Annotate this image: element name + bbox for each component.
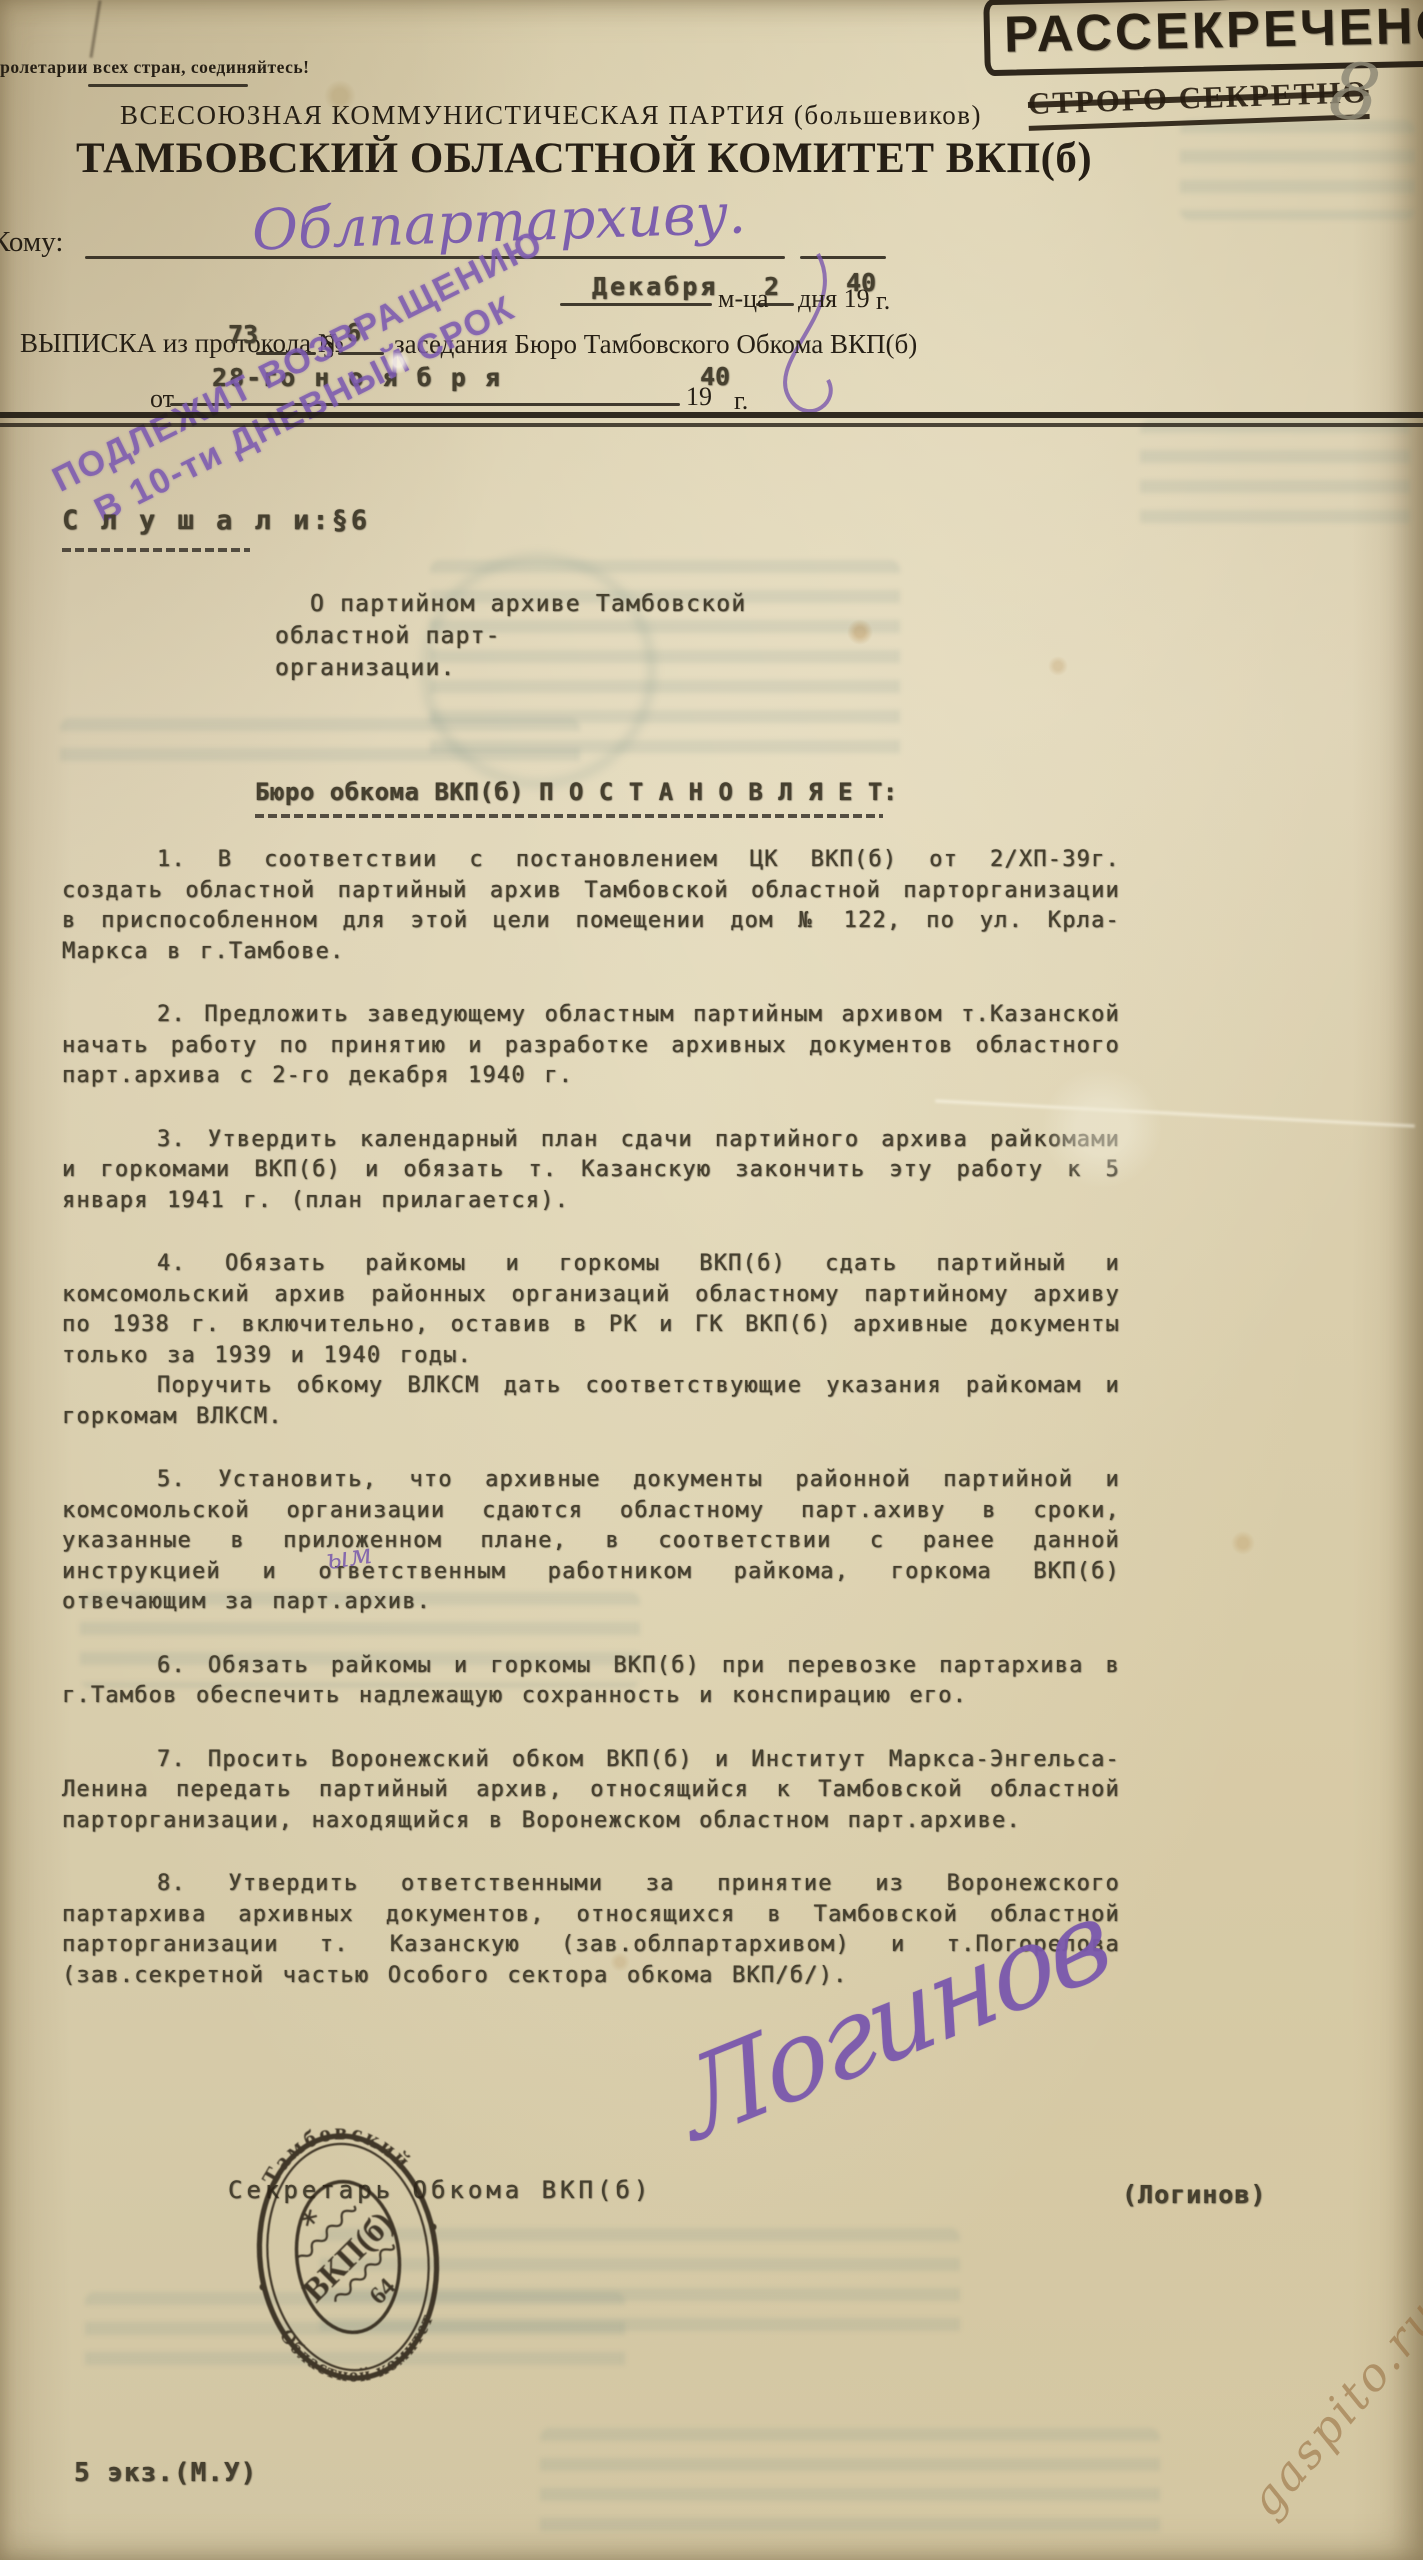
resolution-item-1: 1. В соответствии с постановлением ЦК ВК… — [62, 845, 1120, 967]
party-name: ВСЕСОЮЗНАЯ КОММУНИСТИЧЕСКАЯ ПАРТИЯ (боль… — [120, 100, 982, 131]
proletarians-slogan: Пролетарии всех стран, соединяйтесь! — [0, 57, 309, 78]
heard-underline — [62, 548, 250, 552]
bleed-through — [1140, 420, 1410, 530]
ot-year-typed: 40 — [700, 362, 730, 391]
date-day-typed: 2 — [764, 272, 779, 301]
round-seal-graphic: Тамбовский Областной комитет ВКП(б) 64 — [198, 2083, 499, 2431]
bleed-through — [1180, 120, 1415, 220]
return-stamp-line1: ПОДЛЕЖИТ ВОЗВРАЩЕНИЮ — [45, 220, 551, 503]
divider-rule-top — [0, 412, 1423, 418]
resolution-item-7: 7. Просить Воронежский обком ВКП(б) и Ин… — [62, 1745, 1120, 1837]
date-month-typed: Декабря — [592, 272, 718, 301]
site-watermark: gaspito.ru — [1238, 2288, 1423, 2527]
divider-rule-bottom — [0, 423, 1423, 427]
svg-text:Областной комитет: Областной комитет — [274, 2308, 446, 2397]
heard-subject: О партийном архиве Тамбовской областной … — [275, 588, 895, 684]
label-m-tsa: м-ца — [718, 284, 769, 314]
resolution-item-4: 4. Обязать райкомы и горкомы ВКП(б) сдат… — [62, 1249, 1120, 1371]
committee-name: ТАМБОВСКИЙ ОБЛАСТНОЙ КОМИТЕТ ВКП(б) — [76, 134, 1092, 183]
resolution-item-5: 5. Установить, что архивные документы ра… — [62, 1465, 1120, 1618]
signer-name-typed: (Логинов) — [1122, 2180, 1266, 2209]
copies-note: 5 экз.(М.У) — [74, 2458, 257, 2488]
slogan-underline — [88, 84, 248, 87]
label-g: г. — [876, 286, 890, 316]
seal-bottom-text: Областной комитет — [274, 2308, 446, 2397]
resolution-item-3: 3. Утвердить календарный план сдачи парт… — [62, 1125, 1120, 1217]
resolution-item-2: 2. Предложить заведующему областным парт… — [62, 1000, 1120, 1092]
ink-correction-mark: ым — [324, 1537, 374, 1576]
date-line-day — [756, 303, 794, 306]
addressee-label: Кому: — [0, 226, 63, 259]
date-year-typed: 40 — [846, 268, 876, 297]
seal-number: 64 — [364, 2273, 401, 2310]
paper-crease — [89, 0, 101, 58]
resolution-body: 1. В соответствии с постановлением ЦК ВК… — [62, 845, 1120, 2024]
committee-round-seal: Тамбовский Областной комитет ВКП(б) 64 — [198, 2083, 499, 2431]
resolution-item-6: 6. Обязать райкомы и горкомы ВКП(б) при … — [62, 1651, 1120, 1712]
svg-text:Тамбовский: Тамбовский — [252, 2110, 419, 2193]
extract-protocol-number: 73 — [228, 320, 258, 349]
date-line-month — [560, 303, 712, 306]
heard-label: С л у ш а л и:§6 — [62, 505, 370, 536]
seal-top-text: Тамбовский — [252, 2110, 419, 2193]
bleed-through — [540, 2428, 1160, 2543]
resolution-heading: Бюро обкома ВКП(б) П О С Т А Н О В Л Я Е… — [255, 778, 898, 806]
resolution-heading-underline — [255, 814, 883, 818]
document-page: Пролетарии всех стран, соединяйтесь! РАС… — [0, 0, 1423, 2560]
resolution-item-4-sub: Поручить обкому ВЛКСМ дать соответствующ… — [62, 1371, 1120, 1432]
